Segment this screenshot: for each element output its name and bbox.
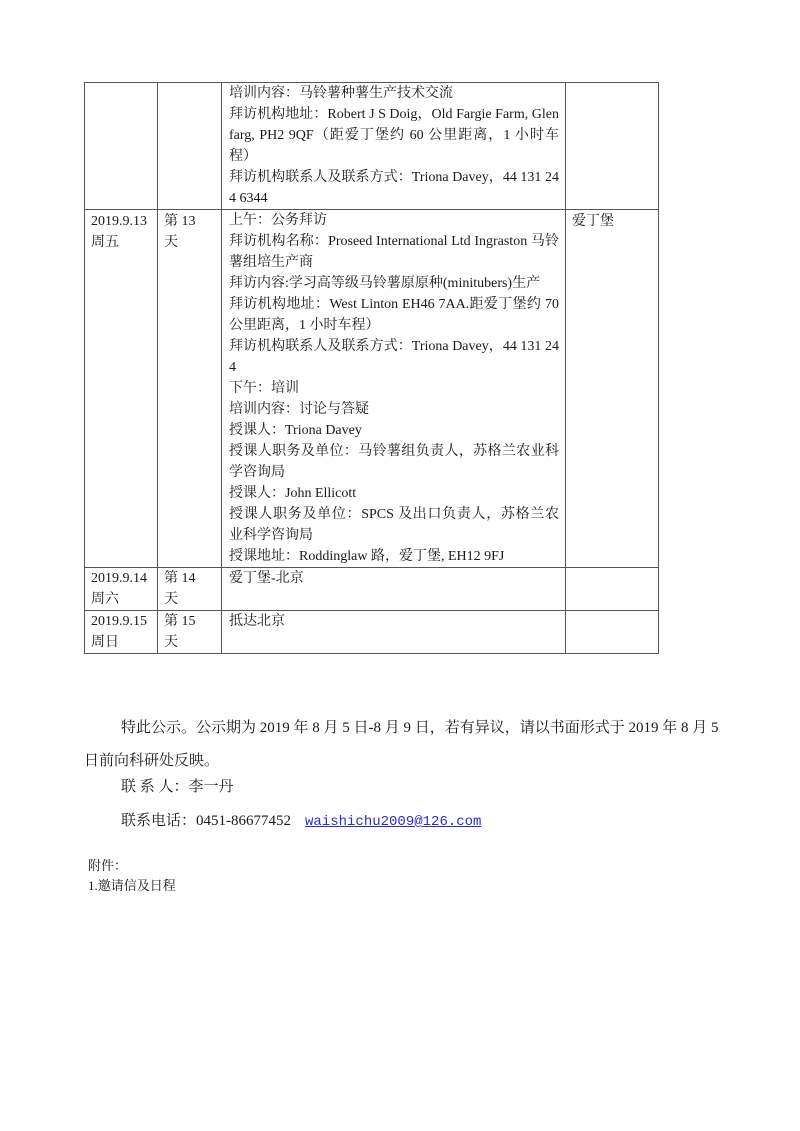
location-cell (566, 611, 659, 654)
content-line: 下午：培训 (229, 378, 559, 399)
content-line: 拜访机构地址：Robert J S Doig，Old Fargie Farm, … (229, 104, 559, 167)
email-link[interactable]: waishichu2009@126.com (305, 814, 481, 830)
content-line: 培训内容：马铃薯种薯生产技术交流 (229, 83, 559, 104)
contact-phone-line: 联系电话：0451-86677452waishichu2009@126.com (84, 811, 761, 832)
location-cell (566, 568, 659, 611)
content-line: 拜访机构联系人及联系方式：Triona Davey，44 131 244 634… (229, 167, 559, 209)
day-cell (158, 83, 222, 210)
date-cell: 2019.9.15 周日 (85, 611, 158, 654)
day-number: 第 14 (164, 568, 215, 589)
day-unit: 天 (164, 632, 215, 653)
day-cell: 第 15 天 (158, 611, 222, 654)
content-cell: 培训内容：马铃薯种薯生产技术交流 拜访机构地址：Robert J S Doig，… (222, 83, 566, 210)
schedule-row: 2019.9.15 周日 第 15 天 抵达北京 (85, 611, 659, 654)
content-cell: 抵达北京 (222, 611, 566, 654)
phone-number: 0451-86677452 (196, 813, 291, 829)
content-line: 上午：公务拜访 (229, 210, 559, 231)
day-number: 第 15 (164, 611, 215, 632)
attachments-label: 附件： (88, 856, 127, 876)
schedule-row: 培训内容：马铃薯种薯生产技术交流 拜访机构地址：Robert J S Doig，… (85, 83, 659, 210)
weekday: 周五 (91, 232, 151, 253)
weekday: 周日 (91, 632, 151, 653)
content-line: 爱丁堡-北京 (229, 568, 559, 589)
content-line: 授课人职务及单位：马铃薯组负责人，苏格兰农业科学咨询局 (229, 441, 559, 483)
content-line: 抵达北京 (229, 611, 559, 632)
content-line: 培训内容：讨论与答疑 (229, 399, 559, 420)
date-cell: 2019.9.13 周五 (85, 210, 158, 568)
schedule-row: 2019.9.14 周六 第 14 天 爱丁堡-北京 (85, 568, 659, 611)
date: 2019.9.13 (91, 211, 151, 232)
phone-label: 联系电话： (121, 813, 196, 829)
location-cell: 爱丁堡 (566, 210, 659, 568)
content-cell: 爱丁堡-北京 (222, 568, 566, 611)
content-cell: 上午：公务拜访 拜访机构名称：Proseed International Ltd… (222, 210, 566, 568)
schedule-table: 培训内容：马铃薯种薯生产技术交流 拜访机构地址：Robert J S Doig，… (84, 82, 659, 654)
content-line: 授课地址：Roddinglaw 路，爱丁堡, EH12 9FJ (229, 546, 559, 567)
day-unit: 天 (164, 589, 215, 610)
schedule-row: 2019.9.13 周五 第 13 天 上午：公务拜访 拜访机构名称：Prose… (85, 210, 659, 568)
day-cell: 第 13 天 (158, 210, 222, 568)
attachment-item: 1.邀请信及日程 (88, 876, 176, 896)
content-line: 拜访机构联系人及联系方式：Triona Davey，44 131 244 (229, 336, 559, 378)
notice-paragraph: 特此公示。公示期为 2019 年 8 月 5 日-8 月 9 日，若有异议，请以… (84, 712, 724, 778)
date: 2019.9.15 (91, 611, 151, 632)
content-line: 拜访机构名称：Proseed International Ltd Ingrast… (229, 231, 559, 273)
contact-person-line: 联 系 人：李一丹 (84, 777, 761, 797)
day-cell: 第 14 天 (158, 568, 222, 611)
content-line: 授课人职务及单位：SPCS 及出口负责人，苏格兰农业科学咨询局 (229, 504, 559, 546)
content-line: 拜访机构地址：West Linton EH46 7AA.距爱丁堡约 70 公里距… (229, 294, 559, 336)
location-cell (566, 83, 659, 210)
day-number: 第 13 (164, 211, 215, 232)
contact-person-label: 联 系 人： (121, 779, 189, 795)
content-line: 授课人：Triona Davey (229, 420, 559, 441)
date-cell: 2019.9.14 周六 (85, 568, 158, 611)
date-cell (85, 83, 158, 210)
date: 2019.9.14 (91, 568, 151, 589)
content-line: 授课人：John Ellicott (229, 483, 559, 504)
day-unit: 天 (164, 232, 215, 253)
contact-person-name: 李一丹 (189, 779, 234, 795)
weekday: 周六 (91, 589, 151, 610)
content-line: 拜访内容:学习高等级马铃薯原原种(minitubers)生产 (229, 273, 559, 294)
